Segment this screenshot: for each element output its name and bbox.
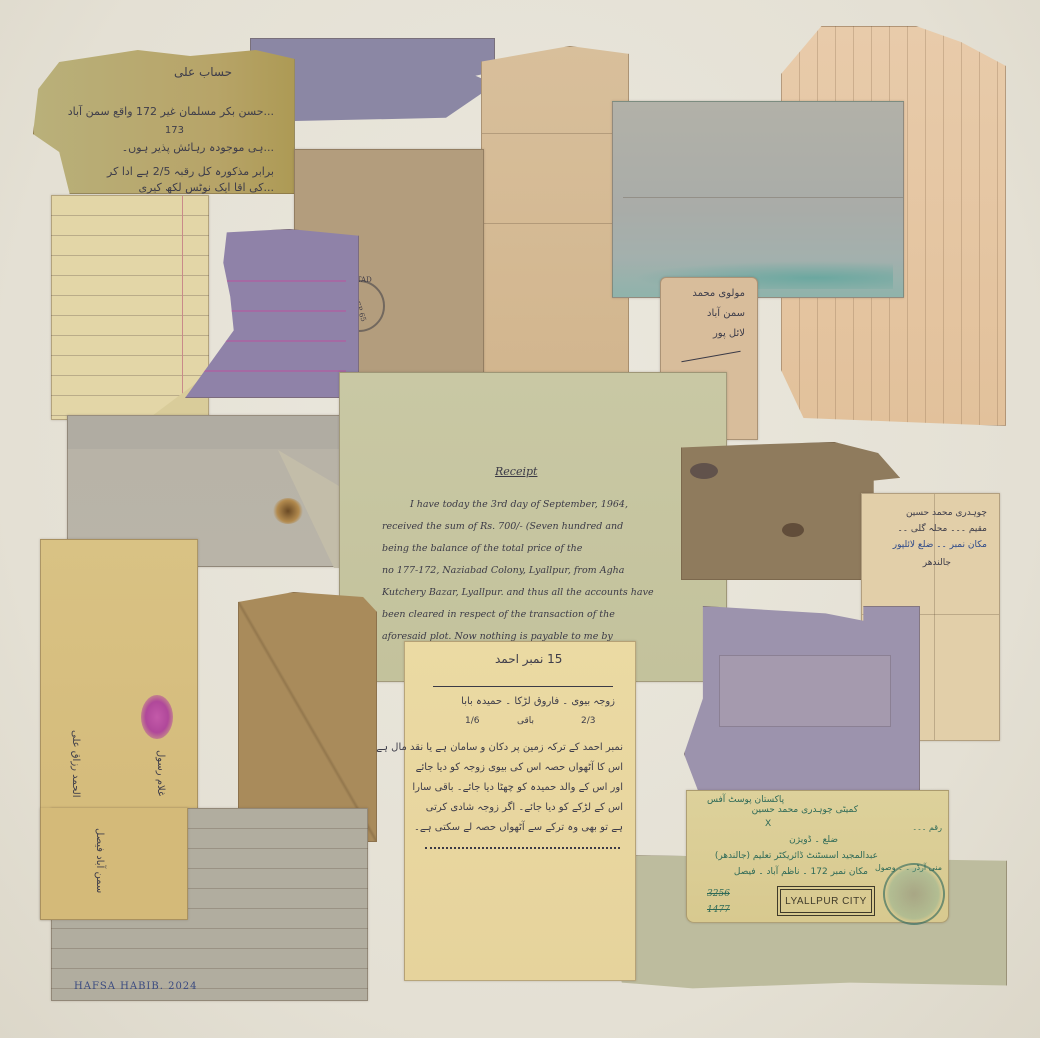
receipt-line: I have today the 3rd day of September, 1… (410, 499, 628, 510)
underline-stroke (681, 351, 740, 362)
letter-line: جالندھر (923, 558, 951, 568)
card-line: لائل پور (713, 328, 745, 339)
receipt-line: no 177-172, Naziabad Colony, Lyallpur, f… (382, 565, 624, 576)
postal-line: مکان نمبر 172 ۔ ناظم آباد ۔ فیصل (734, 867, 868, 877)
envelope-address: الحمد رزاق علی (70, 730, 81, 797)
envelope-window (719, 655, 891, 727)
postal-header: پاکستان پوسٹ آفس (707, 795, 784, 805)
lavender-envelope (684, 606, 920, 791)
will-line: اس کے لڑکے کو دیا جائے۔ اگر زوجہ شادی کر… (426, 802, 623, 813)
letter-line: مقیم ۔۔۔ محلہ گلی ۔۔ (897, 524, 987, 534)
will-line: ہے تو بھی وہ ترکے سے آٹھواں حصہ لے سکتی … (414, 822, 623, 833)
wavy-rule (425, 844, 620, 849)
olive-handwritten-note: حساب علی ...حسن بکر مسلمان غیر 172 واقع … (33, 44, 295, 194)
margin-line (182, 196, 183, 419)
circular-postmark (883, 863, 945, 925)
postal-line: ضلع ۔ ڈویژن (789, 835, 838, 845)
receipt-document: Receipt I have today the 3rd day of Sept… (339, 372, 727, 682)
envelope-address: سمن آباد فیصل (94, 828, 105, 893)
ruled-yellow-sheet (51, 195, 209, 420)
note-heading: حساب علی (174, 65, 232, 79)
postal-number: 1477 (707, 905, 730, 915)
card-line: سمن آباد (707, 308, 745, 319)
receipt-line: being the balance of the total price of … (382, 543, 582, 554)
will-line: نمبر احمد کے ترکہ زمین پر دکان و سامان ہ… (376, 742, 623, 753)
envelope-address: غلام رسول (155, 750, 166, 796)
postal-number: 3256 (707, 889, 730, 899)
note-line: برابر مذکورہ کل رقبہ 2/5 ہے ادا کر (107, 165, 274, 178)
lyallpur-city-box-stamp: LYALLPUR CITY (780, 889, 872, 913)
card-line: مولوی محمد (692, 288, 745, 299)
receipt-line: received the sum of Rs. 700/- (Seven hun… (382, 521, 623, 532)
will-line: اور اس کے والد حمیدہ کو چھٹا دیا جائے۔ ب… (412, 782, 623, 793)
box-stamp-label: LYALLPUR CITY (785, 896, 867, 907)
ochre-paper (238, 592, 377, 842)
will-line: اس کا آٹھواں حصہ اس کی بیوی زوجہ کو دیا … (416, 762, 623, 773)
artist-signature: HAFSA HABIB. 2024 (74, 981, 198, 992)
note-line: ...حسن بکر مسلمان غیر 172 واقع سمن آباد (68, 105, 274, 118)
note-line: ...کی اقا ایک نوٹس لکھ کیری (139, 181, 274, 194)
mustard-envelope-lower: سمن آباد فیصل (40, 808, 188, 920)
letter-line: مکان نمبر ۔۔ ضلع لائلپور (893, 540, 987, 550)
receipt-line: been cleared in respect of the transacti… (382, 609, 615, 620)
receipt-title: Receipt (495, 465, 537, 478)
note-line: ...ہی موجودہ رہائش پذیر ہوں۔ (122, 141, 274, 154)
postal-line: X (765, 819, 771, 829)
gray-blue-envelope (612, 101, 904, 298)
postal-side-line: رقم ۔۔۔ (912, 823, 942, 832)
painting-canvas: حساب علی ...حسن بکر مسلمان غیر 172 واقع … (0, 0, 1040, 1038)
rust-stain (273, 498, 303, 524)
postal-money-order-card: پاکستان پوسٹ آفس کمیٹی چوہدری محمد حسین … (686, 790, 949, 923)
receipt-line: Kutchery Bazar, Lyallpur. and thus all t… (382, 587, 654, 598)
postal-line: کمیٹی چوہدری محمد حسین (752, 805, 858, 815)
note-line: 173 (165, 125, 184, 136)
pink-wax-seal (141, 695, 173, 739)
will-heading: 15 نمبر احمد (495, 652, 562, 666)
will-shares: زوجہ بیوی ۔ فاروق لڑکا ۔ حمیدہ بابا (461, 696, 615, 707)
heading-rule (433, 686, 613, 687)
yellow-inheritance-note: 15 نمبر احمد زوجہ بیوی ۔ فاروق لڑکا ۔ حم… (404, 641, 636, 981)
will-fraction: 2/3 (581, 716, 595, 726)
violet-torn-letter (185, 229, 359, 398)
will-fraction: 1/6 (465, 716, 479, 726)
letter-line: چوہدری محمد حسین (906, 508, 987, 518)
will-fraction: باقی (517, 716, 534, 726)
postal-line: عبدالمجید اسسٹنٹ ڈائریکٹر تعلیم (جالندھر… (715, 851, 878, 861)
